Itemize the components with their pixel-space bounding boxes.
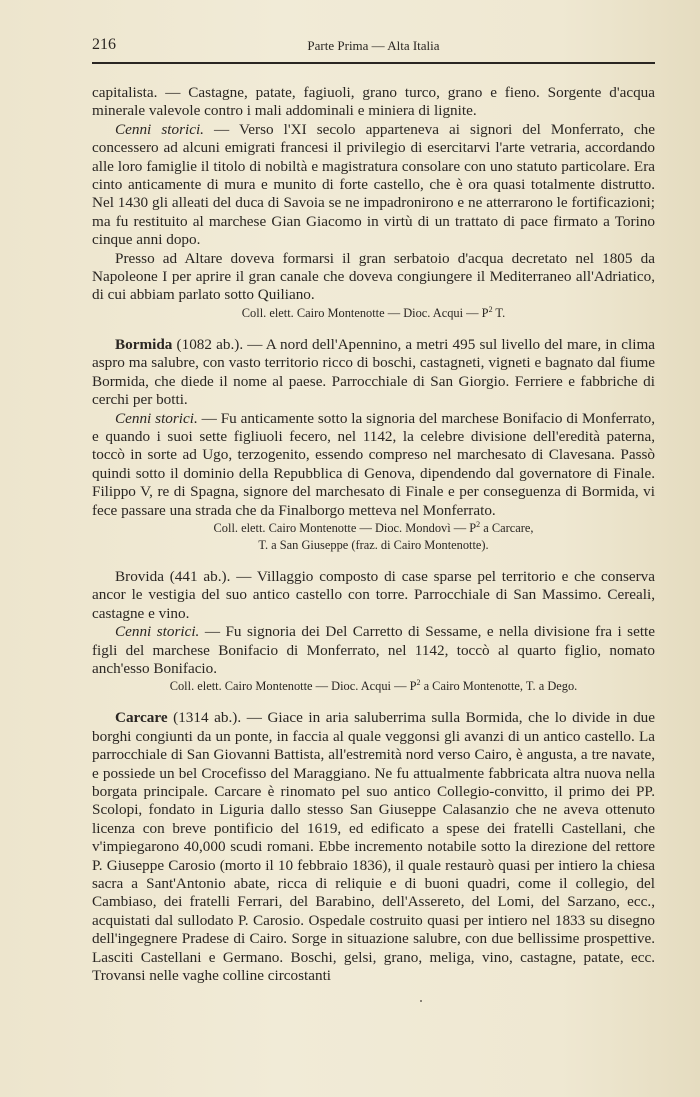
entry-bormida-history: Cenni storici. — Fu anticamente sotto la… <box>92 410 655 520</box>
page-header: 216 Parte Prima — Alta Italia <box>92 36 655 58</box>
header-rule <box>92 62 655 64</box>
body-text: capitalista. — Castagne, patate, fagiuol… <box>92 84 655 985</box>
history-text: — Verso l'XI secolo apparteneva ai signo… <box>92 121 655 248</box>
entry-carcare: Carcare (1314 ab.). — Giace in aria salu… <box>92 709 655 985</box>
history-label: Cenni storici. <box>115 623 199 640</box>
paragraph-history-altare: Cenni storici. — Verso l'XI secolo appar… <box>92 121 655 250</box>
entry-brovida-history: Cenni storici. — Fu signoria dei Del Car… <box>92 623 655 678</box>
reference-line-bormida: Coll. elett. Cairo Montenotte — Dioc. Mo… <box>92 520 655 554</box>
entry-population: (1082 ab.). <box>172 336 243 353</box>
entry-bormida: Bormida (1082 ab.). — A nord dell'Apenni… <box>92 336 655 410</box>
paragraph-continuation: capitalista. — Castagne, patate, fagiuol… <box>92 84 655 121</box>
paragraph-serbatoio: Presso ad Altare doveva formarsi il gran… <box>92 250 655 305</box>
entry-population: (441 ab.). <box>164 568 230 585</box>
entry-text: — Giace in aria saluberrima sulla Bormid… <box>92 709 655 984</box>
reference-line-brovida: Coll. elett. Cairo Montenotte — Dioc. Ac… <box>92 678 655 695</box>
running-title: Parte Prima — Alta Italia <box>92 38 655 54</box>
entry-population: (1314 ab.). <box>168 709 242 726</box>
print-speck <box>420 1000 422 1002</box>
entry-name: Carcare <box>115 709 168 726</box>
book-page: 216 Parte Prima — Alta Italia capitalist… <box>0 0 700 1097</box>
entry-name: Bormida <box>115 336 172 353</box>
entry-name: Brovida <box>115 568 164 585</box>
history-label: Cenni storici. <box>115 121 204 138</box>
reference-line-altare: Coll. elett. Cairo Montenotte — Dioc. Ac… <box>92 305 655 322</box>
history-label: Cenni storici. <box>115 410 198 427</box>
entry-brovida: Brovida (441 ab.). — Villaggio composto … <box>92 568 655 623</box>
